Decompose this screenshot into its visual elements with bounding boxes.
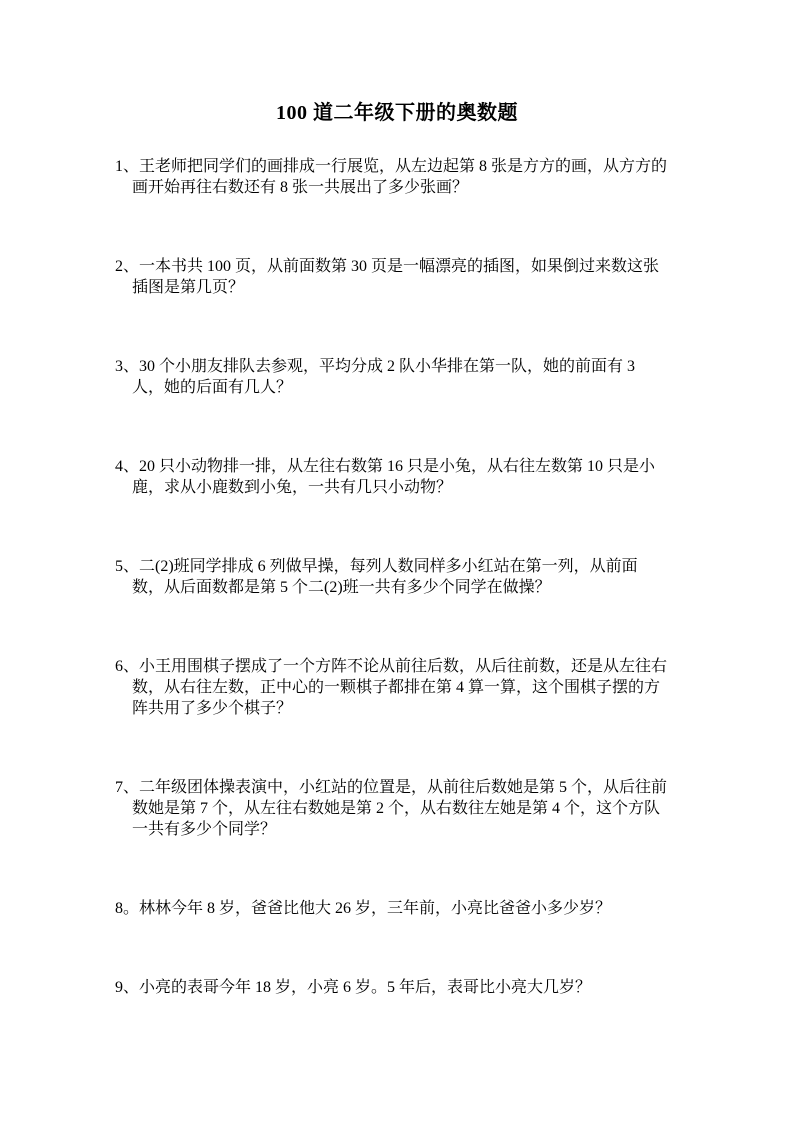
- problem-1-line-2: 画开始再往右数还有 8 张一共展出了多少张画？: [115, 177, 724, 198]
- problem-text: 一本书共 100 页，从前面数第 30 页是一幅漂亮的插图，如果倒过来数这张: [139, 258, 659, 275]
- problem-text: 二(2)班同学排成 6 列做早操，每列人数同样多小红站在第一列，从前面: [139, 558, 638, 575]
- problem-text: 王老师把同学们的画排成一行展览，从左边起第 8 张是方方的画，从方方的: [139, 158, 667, 175]
- problem-3: 3、30 个小朋友排队去参观，平均分成 2 队小华排在第一队，她的前面有 3人，…: [115, 356, 724, 398]
- problem-5-line-1: 5、二(2)班同学排成 6 列做早操，每列人数同样多小红站在第一列，从前面: [115, 556, 724, 577]
- problem-number: 4、: [115, 458, 139, 475]
- problem-1-line-1: 1、王老师把同学们的画排成一行展览，从左边起第 8 张是方方的画，从方方的: [115, 156, 724, 177]
- problem-9: 9、小亮的表哥今年 18 岁，小亮 6 岁。5 年后，表哥比小亮大几岁？: [115, 977, 724, 998]
- problems-list: 1、王老师把同学们的画排成一行展览，从左边起第 8 张是方方的画，从方方的画开始…: [0, 126, 794, 998]
- problem-6: 6、小王用围棋子摆成了一个方阵不论从前往后数，从后往前数，还是从左往右数，从右往…: [115, 656, 724, 719]
- problem-number: 5、: [115, 558, 139, 575]
- problem-number: 6、: [115, 658, 139, 675]
- problem-text: 30 个小朋友排队去参观，平均分成 2 队小华排在第一队，她的前面有 3: [139, 358, 635, 375]
- problem-8: 8。林林今年 8 岁，爸爸比他大 26 岁，三年前，小亮比爸爸小多少岁？: [115, 898, 724, 919]
- problem-text: 二年级团体操表演中，小红站的位置是，从前往后数她是第 5 个，从后往前: [139, 779, 667, 796]
- problem-7: 7、二年级团体操表演中，小红站的位置是，从前往后数她是第 5 个，从后往前数她是…: [115, 777, 724, 840]
- problem-number: 3、: [115, 358, 139, 375]
- problem-number: 7、: [115, 779, 139, 796]
- problem-4-line-1: 4、20 只小动物排一排，从左往右数第 16 只是小兔，从右往左数第 10 只是…: [115, 456, 724, 477]
- problem-1: 1、王老师把同学们的画排成一行展览，从左边起第 8 张是方方的画，从方方的画开始…: [115, 156, 724, 198]
- problem-9-line-1: 9、小亮的表哥今年 18 岁，小亮 6 岁。5 年后，表哥比小亮大几岁？: [115, 977, 724, 998]
- problem-number: 9、: [115, 979, 139, 996]
- problem-4: 4、20 只小动物排一排，从左往右数第 16 只是小兔，从右往左数第 10 只是…: [115, 456, 724, 498]
- problem-2-line-2: 插图是第几页？: [115, 277, 724, 298]
- problem-text: 林林今年 8 岁，爸爸比他大 26 岁，三年前，小亮比爸爸小多少岁？: [139, 900, 611, 917]
- problem-number: 1、: [115, 158, 139, 175]
- problem-8-line-1: 8。林林今年 8 岁，爸爸比他大 26 岁，三年前，小亮比爸爸小多少岁？: [115, 898, 724, 919]
- problem-6-line-1: 6、小王用围棋子摆成了一个方阵不论从前往后数，从后往前数，还是从左往右: [115, 656, 724, 677]
- problem-6-line-3: 阵共用了多少个棋子？: [115, 698, 724, 719]
- problem-number: 2、: [115, 258, 139, 275]
- problem-7-line-1: 7、二年级团体操表演中，小红站的位置是，从前往后数她是第 5 个，从后往前: [115, 777, 724, 798]
- problem-3-line-1: 3、30 个小朋友排队去参观，平均分成 2 队小华排在第一队，她的前面有 3: [115, 356, 724, 377]
- worksheet-page: 100 道二年级下册的奥数题 1、王老师把同学们的画排成一行展览，从左边起第 8…: [0, 0, 794, 1123]
- problem-5: 5、二(2)班同学排成 6 列做早操，每列人数同样多小红站在第一列，从前面数，从…: [115, 556, 724, 598]
- problem-text: 小王用围棋子摆成了一个方阵不论从前往后数，从后往前数，还是从左往右: [139, 658, 667, 675]
- problem-number: 8。: [115, 900, 139, 917]
- page-title: 100 道二年级下册的奥数题: [0, 0, 794, 126]
- problem-7-line-3: 一共有多少个同学？: [115, 819, 724, 840]
- problem-2: 2、一本书共 100 页，从前面数第 30 页是一幅漂亮的插图，如果倒过来数这张…: [115, 256, 724, 298]
- problem-5-line-2: 数，从后面数都是第 5 个二(2)班一共有多少个同学在做操？: [115, 577, 724, 598]
- problem-6-line-2: 数，从右往左数，正中心的一颗棋子都排在第 4 算一算，这个围棋子摆的方: [115, 677, 724, 698]
- problem-7-line-2: 数她是第 7 个，从左往右数她是第 2 个，从右数往左她是第 4 个，这个方队: [115, 798, 724, 819]
- problem-4-line-2: 鹿，求从小鹿数到小兔，一共有几只小动物？: [115, 477, 724, 498]
- problem-text: 20 只小动物排一排，从左往右数第 16 只是小兔，从右往左数第 10 只是小: [139, 458, 655, 475]
- problem-text: 小亮的表哥今年 18 岁，小亮 6 岁。5 年后，表哥比小亮大几岁？: [139, 979, 591, 996]
- problem-2-line-1: 2、一本书共 100 页，从前面数第 30 页是一幅漂亮的插图，如果倒过来数这张: [115, 256, 724, 277]
- problem-3-line-2: 人，她的后面有几人？: [115, 377, 724, 398]
